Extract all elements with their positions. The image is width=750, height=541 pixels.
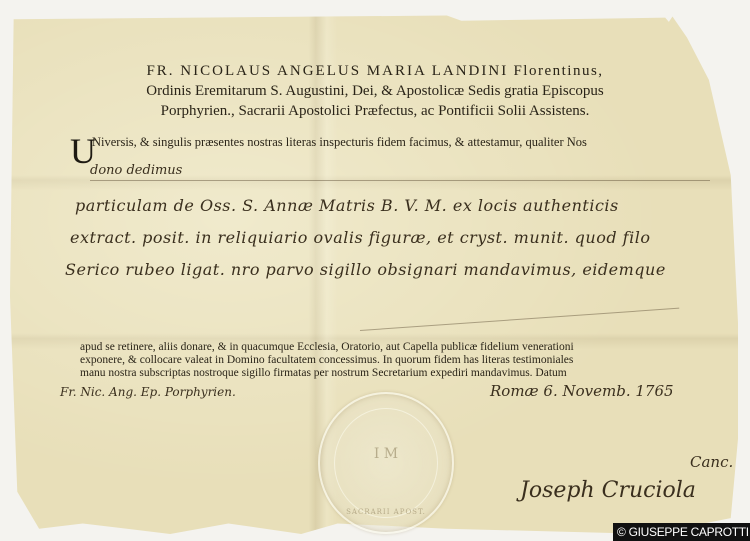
seal-emblem: I M (320, 446, 452, 462)
closing-line-2: exponere, & collocare valeat in Domino f… (80, 354, 710, 367)
intro-text: Niversis, & singulis præsentes nostras l… (92, 135, 587, 150)
bishop-name: FR. NICOLAUS ANGELUS MARIA LANDINI (146, 63, 508, 79)
handwritten-line-2: particulam de Oss. S. Annæ Matris B. V. … (75, 196, 619, 215)
seal-inner-ring (334, 408, 438, 518)
heading-line-2: Ordinis Eremitarum S. Augustini, Dei, & … (0, 83, 750, 100)
handwritten-line-4: Serico rubeo ligat. nro parvo sigillo ob… (65, 260, 666, 279)
photo-credit: © GIUSEPPE CAPROTTI (613, 523, 750, 541)
left-annotation: Fr. Nic. Ang. Ep. Porphyrien. (60, 385, 236, 399)
closing-line-1: apud se retinere, aliis donare, & in qua… (80, 341, 710, 354)
date-annotation: Romæ 6. Novemb. 1765 (490, 382, 674, 400)
handwritten-line-3: extract. posit. in reliquiario ovalis fi… (70, 228, 650, 247)
closing-paragraph: apud se retinere, aliis donare, & in qua… (80, 341, 710, 380)
bishop-origin: Florentinus, (513, 63, 603, 79)
handwritten-line-1: dono dedimus (90, 163, 182, 178)
heading-line-3: Porphyrien., Sacrarii Apostolici Præfect… (0, 103, 750, 120)
signature: Joseph Cruciola (520, 478, 696, 503)
seal-ring-text: SACRARII APOST. (320, 508, 452, 516)
closing-line-3: manu nostra subscriptas nostroque sigill… (80, 367, 710, 380)
cancellarius-annotation: Canc. (690, 453, 733, 471)
fill-line (90, 180, 710, 181)
heading-line-1: FR. NICOLAUS ANGELUS MARIA LANDINI Flore… (0, 63, 750, 80)
embossed-seal: I M SACRARII APOST. (318, 392, 454, 534)
